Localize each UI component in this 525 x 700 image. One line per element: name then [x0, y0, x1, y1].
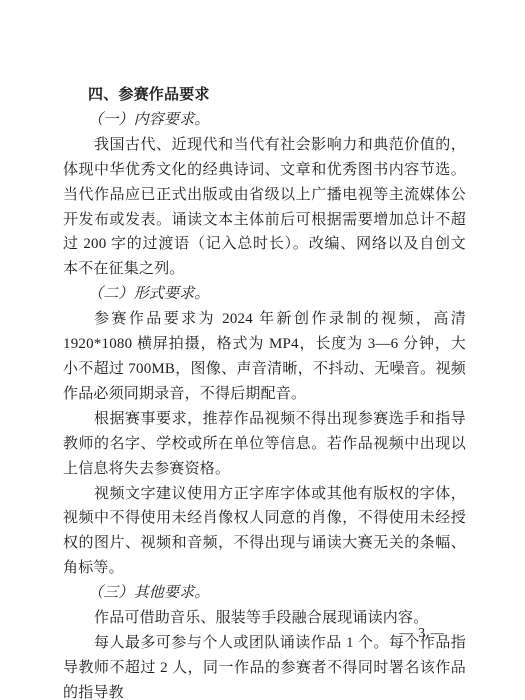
subsection-title-content: （一）内容要求。	[63, 108, 466, 133]
paragraph-copyright-rule: 视频文字建议使用方正字库字体或其他有版权的字体，视频中不得使用未经肖像权人同意的…	[63, 482, 466, 582]
section-format-requirements: （二）形式要求。 参赛作品要求为 2024 年新创作录制的视频，高清 1920*…	[63, 282, 466, 581]
subsection-title-other: （三）其他要求。	[63, 581, 466, 606]
document-page: 四、参赛作品要求 （一）内容要求。 我国古代、近现代和当代有社会影响力和典范价值…	[0, 0, 525, 700]
paragraph-anonymity-rule: 根据赛事要求，推荐作品视频不得出现参赛选手和指导教师的名字、学校或所在单位等信息…	[63, 407, 466, 482]
paragraph-content-scope: 我国古代、近现代和当代有社会影响力和典范价值的，体现中华优秀文化的经典诗词、文章…	[63, 133, 466, 282]
heading-entry-requirements: 四、参赛作品要求	[63, 83, 466, 108]
paragraph-participation-limits: 每人最多可参与个人或团队诵读作品 1 个。每个作品指导教师不超过 2 人，同一作…	[63, 631, 466, 700]
page-number: — 3 —	[400, 625, 446, 641]
section-content-requirements: （一）内容要求。 我国古代、近现代和当代有社会影响力和典范价值的，体现中华优秀文…	[63, 108, 466, 282]
paragraph-video-specs: 参赛作品要求为 2024 年新创作录制的视频，高清 1920*1080 横屏拍摄…	[63, 307, 466, 407]
subsection-title-format: （二）形式要求。	[63, 282, 466, 307]
document-body: 四、参赛作品要求 （一）内容要求。 我国古代、近现代和当代有社会影响力和典范价值…	[63, 83, 466, 700]
